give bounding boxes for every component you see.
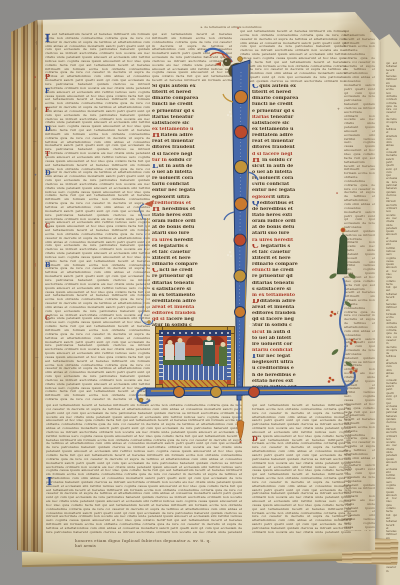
gloss-top-middle: qui aut teſtamentum fecerit et heredes i… [152, 33, 232, 82]
margin-mark: ſ [337, 312, 338, 316]
margin-mark: ⌒ [163, 520, 167, 524]
gloss-initial: D [45, 126, 51, 132]
scribal-signature: l. gerardi [304, 517, 352, 523]
margin-mark: a [33, 222, 35, 226]
margin-mark: ·| [34, 264, 36, 268]
fore-edge-pages [11, 12, 43, 562]
bottom-annotation: honores etiam digno ſuplicad ſubiectos d… [75, 538, 253, 553]
gloss-initial: C [45, 315, 50, 321]
drop-cap-initial: H [152, 207, 160, 212]
gloss-initial: F [45, 88, 50, 94]
drop-cap-initial: L [152, 164, 158, 169]
miniature-bottom-band [163, 380, 227, 388]
drop-cap-initial: C [252, 84, 259, 89]
gloss-initial: I [47, 477, 52, 487]
gloss-initial: T [45, 151, 50, 157]
drop-cap-initial: H [252, 158, 260, 163]
gloss-initial: I [45, 34, 50, 44]
margin-mark: a [336, 192, 338, 196]
miniature-arch [186, 336, 204, 345]
gloss-initial: D [45, 170, 51, 176]
facing-page-text: qui aut teſtamentum fecerit et heredes i… [386, 62, 397, 572]
margin-mark: a [34, 76, 36, 80]
gloss-bottom-right: qui aut teſtamentum fecerit et heredes i… [252, 404, 351, 534]
margin-mark: ſ· [35, 108, 37, 112]
gloss-initial: B [45, 262, 51, 268]
gloss-initial: D [252, 436, 258, 442]
margin-mark: — [35, 356, 39, 360]
gloss-initial: C [45, 223, 50, 229]
drop-cap-initial: C [152, 268, 159, 273]
miniature-attendant-figure [219, 346, 227, 366]
margin-mark: a [237, 27, 239, 31]
main-text-right-column: Cquis autem extiterit et hereddinario co… [252, 84, 334, 398]
drop-cap-initial: H [152, 133, 160, 138]
gloss-initial: F [45, 107, 50, 113]
manuscript-page: a. de teſtamentis et ultimis uoluntatibu… [11, 12, 383, 562]
main-text-left-column: Si quis autem extiterit et hereddinario … [152, 84, 231, 331]
gloss-left-column: qui aut teſtamentum fecerit et heredes i… [45, 33, 150, 402]
miniature-painting [156, 327, 234, 391]
manuscript-photo: qui aut teſtamentum fecerit et heredes i… [0, 0, 400, 585]
margin-mark: ſ [33, 308, 34, 312]
miniature-side-border [227, 336, 231, 380]
gloss-bottom-left: qui aut teſtamentum fecerit et heredes i… [46, 404, 242, 535]
drop-cap-initial: D [252, 299, 259, 304]
margin-mark: ·| [335, 442, 337, 446]
drop-cap-initial: C [252, 244, 259, 249]
frame-corner [155, 384, 163, 392]
margin-mark: + [34, 174, 37, 178]
drop-cap-initial: I [252, 354, 256, 359]
drop-cap-initial: Q [252, 201, 259, 206]
miniature-bed-drapery [163, 364, 227, 380]
miniature-mourner-figure [165, 344, 174, 360]
miniature-cleric-figure [203, 340, 215, 366]
annotation-line-2: hat armis [75, 543, 253, 548]
gloss-top-right: qui aut teſtamentum fecerit et heredes i… [240, 30, 346, 84]
miniature-mourner-figure [175, 342, 185, 360]
margin-mark: ·| [35, 42, 37, 46]
frame-corner [227, 384, 235, 392]
margin-mark: + [337, 108, 340, 112]
gloss-initial: P [45, 74, 50, 80]
margin-mark: — [33, 140, 37, 144]
